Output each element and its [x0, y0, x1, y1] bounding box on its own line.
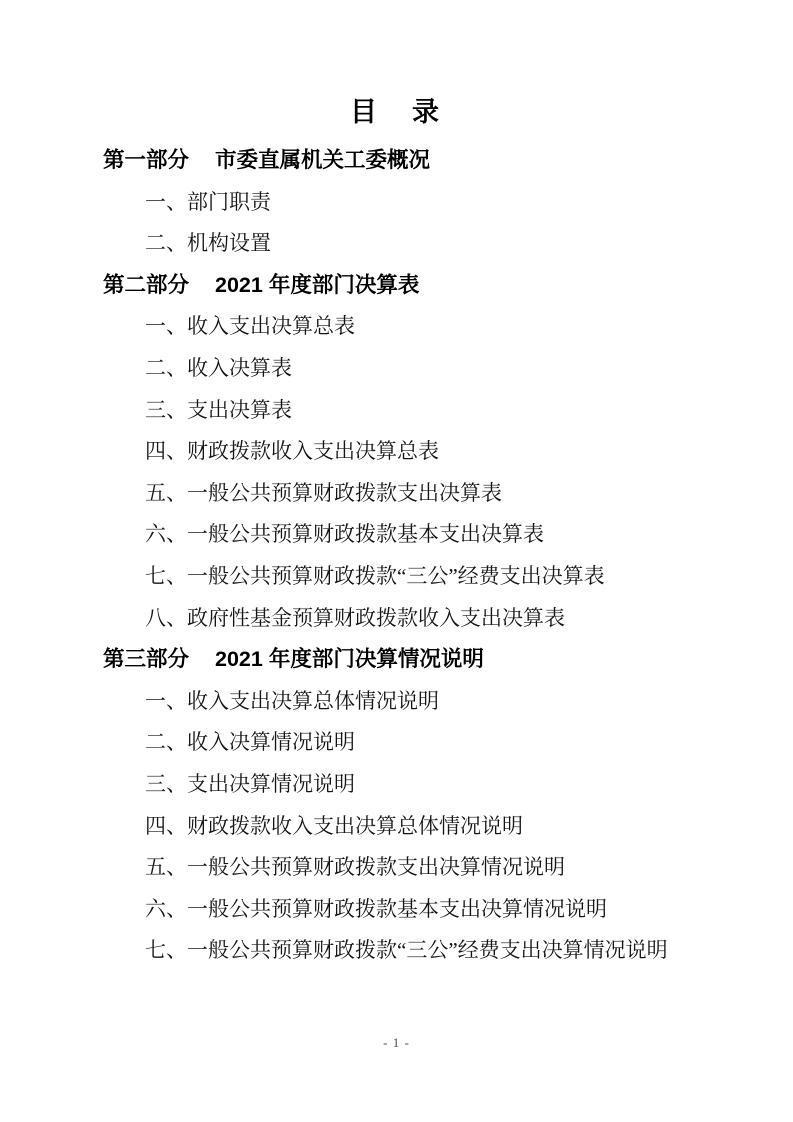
toc-item: 六、一般公共预算财政拨款基本支出决算情况说明 — [103, 889, 690, 931]
toc-item: 六、一般公共预算财政拨款基本支出决算表 — [103, 514, 690, 556]
toc-item: 一、收入支出决算总体情况说明 — [103, 681, 690, 723]
toc-section-2-heading: 第二部分2021 年度部门决算表 — [103, 265, 690, 307]
toc-item: 一、收入支出决算总表 — [103, 306, 690, 348]
section-2-label: 第二部分 — [103, 273, 189, 297]
toc-item: 四、财政拨款收入支出决算总表 — [103, 431, 690, 473]
section-2-title: 2021 年度部门决算表 — [215, 273, 419, 297]
section-1-label: 第一部分 — [103, 148, 189, 172]
toc-content: 目 录 第一部分市委直属机关工委概况 一、部门职责 二、机构设置 第二部分202… — [103, 92, 690, 972]
toc-item: 三、支出决算表 — [103, 390, 690, 432]
toc-item: 八、政府性基金预算财政拨款收入支出决算表 — [103, 598, 690, 640]
document-page: 目 录 第一部分市委直属机关工委概况 一、部门职责 二、机构设置 第二部分202… — [0, 0, 793, 1122]
toc-item: 二、机构设置 — [103, 223, 690, 265]
toc-item: 二、收入决算情况说明 — [103, 722, 690, 764]
toc-item: 一、部门职责 — [103, 182, 690, 224]
toc-item: 四、财政拨款收入支出决算总体情况说明 — [103, 806, 690, 848]
section-3-title: 2021 年度部门决算情况说明 — [215, 647, 484, 671]
doc-title: 目 录 — [103, 92, 690, 132]
toc-section-3-heading: 第三部分2021 年度部门决算情况说明 — [103, 639, 690, 681]
toc-item: 三、支出决算情况说明 — [103, 764, 690, 806]
page-number: - 1 - — [0, 1035, 793, 1051]
toc-item: 七、一般公共预算财政拨款“三公”经费支出决算情况说明 — [103, 930, 690, 972]
section-3-label: 第三部分 — [103, 647, 189, 671]
toc-section-1-heading: 第一部分市委直属机关工委概况 — [103, 140, 690, 182]
toc-item: 七、一般公共预算财政拨款“三公”经费支出决算表 — [103, 556, 690, 598]
toc-item: 五、一般公共预算财政拨款支出决算情况说明 — [103, 847, 690, 889]
toc-item: 二、收入决算表 — [103, 348, 690, 390]
toc-item: 五、一般公共预算财政拨款支出决算表 — [103, 473, 690, 515]
section-1-title: 市委直属机关工委概况 — [215, 148, 430, 172]
